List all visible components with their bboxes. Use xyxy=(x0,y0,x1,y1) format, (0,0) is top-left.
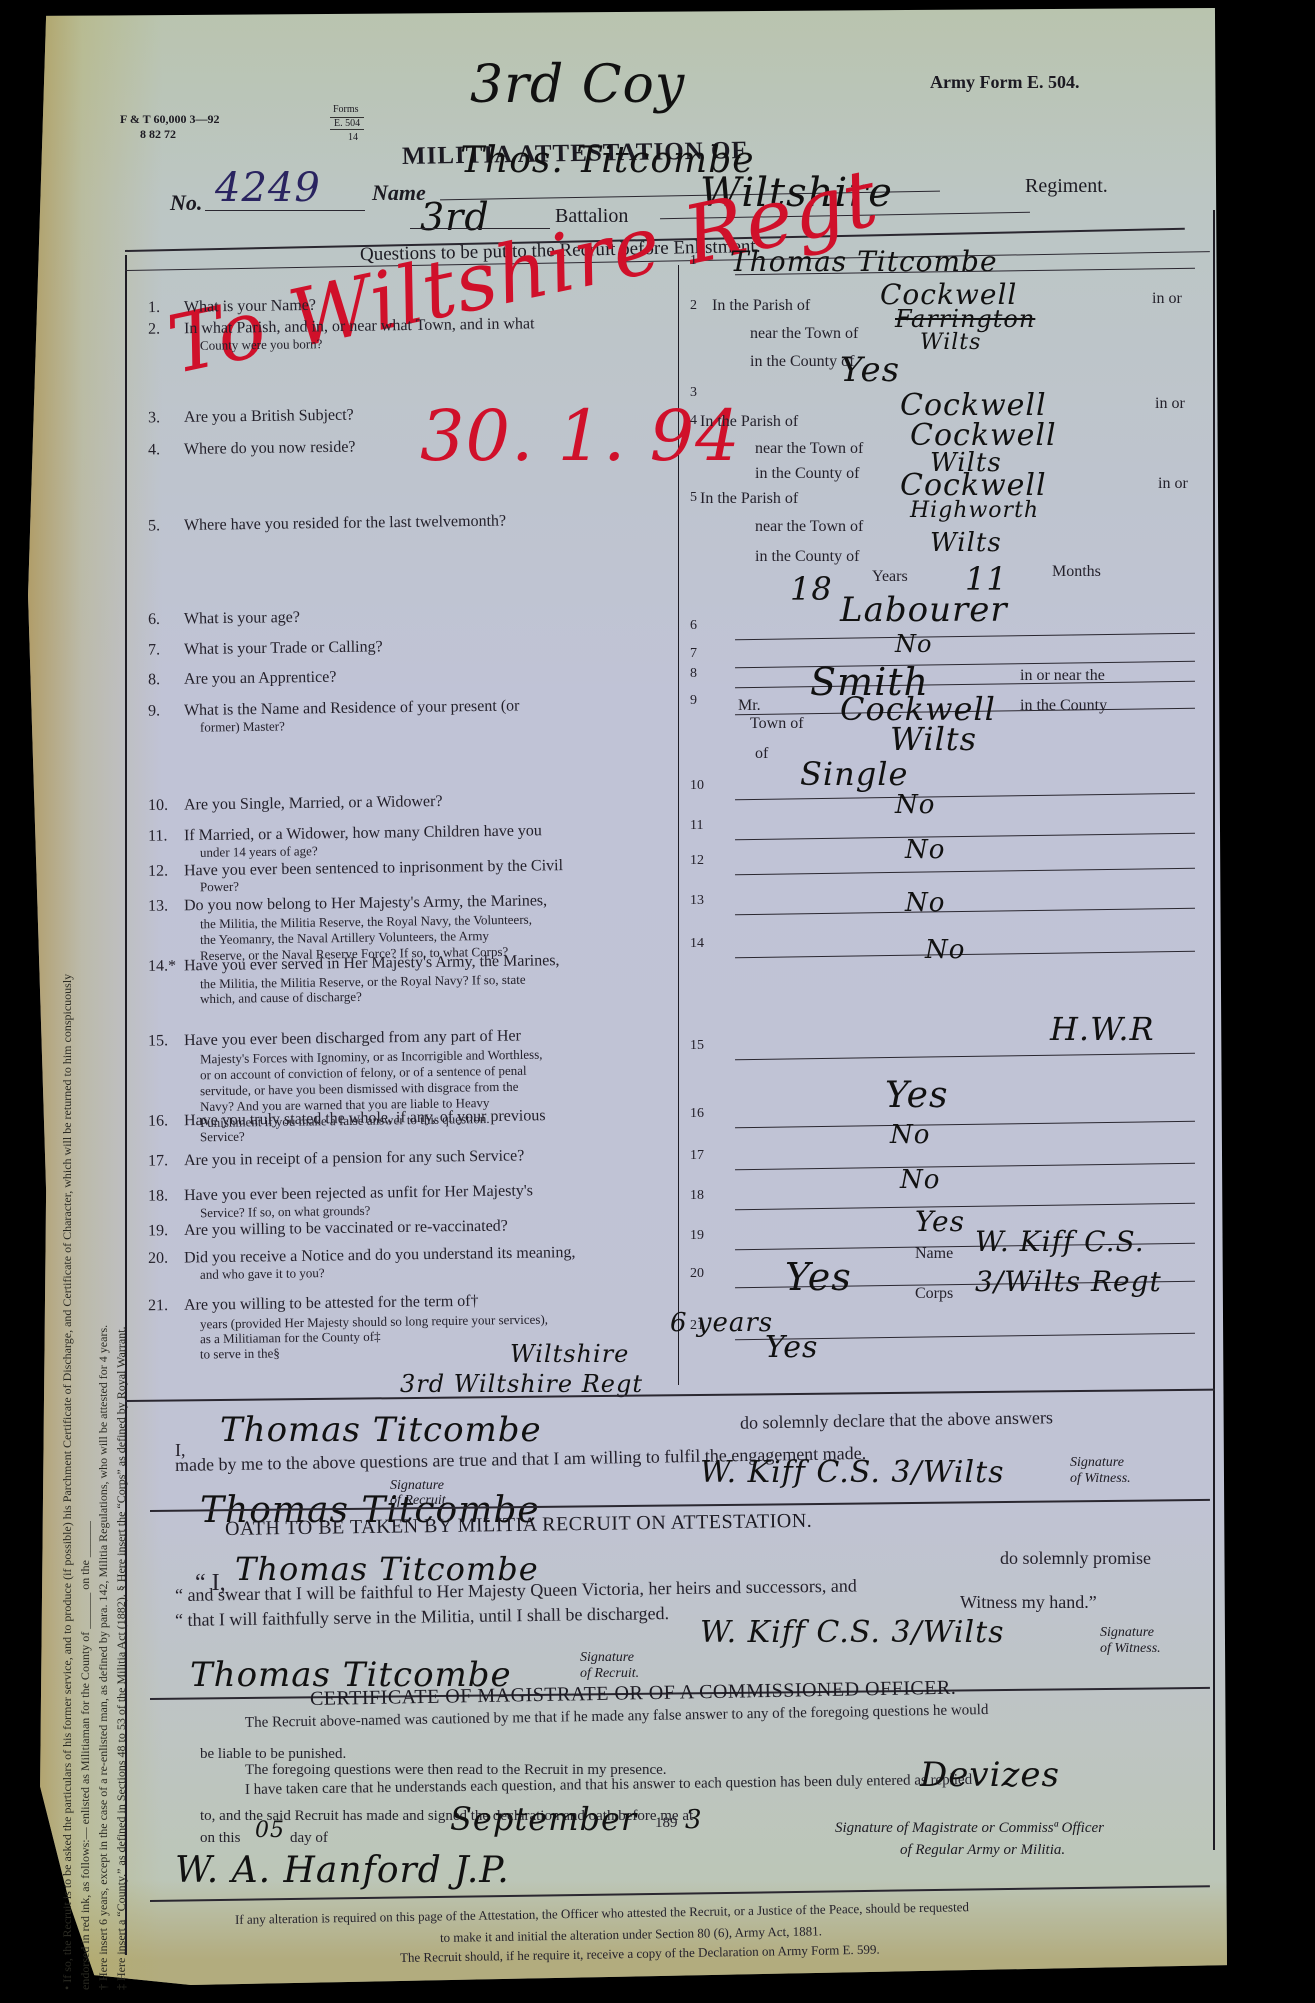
forms-code: E. 504 xyxy=(330,117,364,130)
years-label: Years xyxy=(872,568,908,586)
answer-12: No xyxy=(905,835,945,865)
answer-20-corps: 3/Wilts Regt xyxy=(975,1265,1162,1298)
answer-11: No xyxy=(895,790,935,820)
company-annotation: 3rd Coy xyxy=(470,55,685,115)
in-or-label: in or xyxy=(1155,395,1185,413)
answer-number-18: 18 xyxy=(690,1188,704,1204)
answer-number-11: 11 xyxy=(690,818,703,834)
a5-town-label: near the Town of xyxy=(755,518,863,536)
answer-2-county: Wilts xyxy=(920,330,981,355)
answer-14: No xyxy=(925,935,965,965)
oath-promise: do solemnly promise xyxy=(1000,1548,1151,1569)
answer-number-13: 13 xyxy=(690,893,704,909)
decl-witness-signature: W. Kiff C.S. 3/Wilts xyxy=(700,1455,1005,1490)
no-label: No. xyxy=(170,190,202,216)
of-label: of xyxy=(755,745,768,763)
oath-witness-signature: W. Kiff C.S. 3/Wilts xyxy=(700,1615,1005,1650)
answer-10: Single xyxy=(800,755,908,793)
answer-number-7: 7 xyxy=(690,646,697,662)
question-21-line4: to serve in the§ xyxy=(200,1344,280,1363)
answer-13: No xyxy=(905,888,945,918)
cert-place: Devizes xyxy=(920,1755,1060,1795)
in-the-county-label: in the County xyxy=(1020,697,1107,715)
oath-witness-hand: Witness my hand.” xyxy=(960,1592,1097,1613)
form-number: Army Form E. 504. xyxy=(930,72,1079,93)
question-3: 3.Are you a British Subject? xyxy=(148,407,354,428)
answer-7: Labourer xyxy=(840,590,1008,630)
a4-county-label: in the County of xyxy=(755,465,859,483)
answer-number-3: 3 xyxy=(690,385,697,401)
question-11-line2: under 14 years of age? xyxy=(200,842,318,862)
answer-number-12: 12 xyxy=(690,853,704,869)
regiment-label: Regiment. xyxy=(1025,175,1108,198)
cert-year-digit: 3 xyxy=(685,1805,703,1835)
answer-number-5: 5 xyxy=(690,490,697,506)
answer-3: Yes xyxy=(840,350,900,390)
margin-note-1: • If so, the Recruit is to be asked the … xyxy=(60,974,75,1990)
cert-month: September xyxy=(450,1800,637,1838)
cert-p1b: be liable to be punished. xyxy=(200,1746,346,1763)
answer-number-10: 10 xyxy=(690,778,704,794)
question-14-line3: which, and cause of discharge? xyxy=(200,988,362,1008)
answer-number-1: 1 xyxy=(690,253,697,269)
answer-18: No xyxy=(900,1165,940,1195)
question-20-line2: and who gave it to you? xyxy=(200,1264,325,1284)
a2-county-label: in the County of xyxy=(750,353,854,371)
answer-19: Yes xyxy=(915,1205,965,1238)
question-16-line2: Service? xyxy=(200,1128,245,1147)
forms-label: Forms xyxy=(333,104,359,115)
answer-5-county: Wilts xyxy=(930,528,1002,558)
in-or-label: in or xyxy=(1152,290,1182,308)
decl-sig-witness-label: Signatureof Witness. xyxy=(1070,1455,1131,1487)
answer-number-4: 4 xyxy=(690,413,697,429)
a2-town-label: near the Town of xyxy=(750,325,858,343)
question-12-line2: Power? xyxy=(200,878,239,897)
answer-20: Yes xyxy=(785,1255,852,1299)
print-code-2: 8 82 72 xyxy=(140,127,176,142)
term-value: 6 years xyxy=(670,1308,773,1338)
red-annotation-date: 30. 1. 94 xyxy=(420,395,741,477)
answer-number-6: 6 xyxy=(690,618,697,634)
answer-6-years: 18 xyxy=(790,570,833,608)
question-9-line2: former) Master? xyxy=(200,717,285,736)
mr-label: Mr. xyxy=(738,697,761,715)
margin-note-2: endorsed in red ink, as follows:— enlist… xyxy=(78,1521,93,1990)
answer-15-initials: H.W.R xyxy=(1050,1010,1155,1048)
decl-name: Thomas Titcombe xyxy=(220,1410,542,1450)
answer-1: Thomas Titcombe xyxy=(730,245,998,278)
answer-number-17: 17 xyxy=(690,1148,704,1164)
oath-sig-recruit-label: Signatureof Recruit. xyxy=(580,1650,639,1682)
answer-number-15: 15 xyxy=(690,1038,704,1054)
a20-name-label: Name xyxy=(915,1245,953,1263)
a5-parish-label: In the Parish of xyxy=(700,490,798,508)
a5-county-label: in the County of xyxy=(755,548,859,566)
answer-number-19: 19 xyxy=(690,1228,704,1244)
answer-5-town: Highworth xyxy=(910,498,1039,523)
margin-note-3: † Here insert 6 years, except in the cas… xyxy=(96,1325,111,1990)
answer-number-20: 20 xyxy=(690,1266,704,1282)
question-7: 7.What is your Trade or Calling? xyxy=(148,638,383,659)
a20-corps-label: Corps xyxy=(915,1285,953,1303)
question-8: 8.Are you an Apprentice? xyxy=(148,669,337,690)
forms-sub: 14 xyxy=(348,132,358,143)
answer-16: Yes xyxy=(885,1075,948,1116)
a4-parish-label: In the Parish of xyxy=(700,413,798,431)
in-or-label: in or xyxy=(1158,475,1188,493)
print-code-1: F & T 60,000 3—92 xyxy=(120,112,219,127)
cert-day: 05 xyxy=(255,1818,285,1843)
question-1: 1.What is your Name? xyxy=(148,297,316,317)
cert-officer-label-1: Signature of Magistrate or Commissª Offi… xyxy=(835,1820,1104,1837)
name-label: Name xyxy=(372,180,426,206)
town-of-label: Town of xyxy=(750,715,804,733)
cert-officer-label-2: of Regular Army or Militia. xyxy=(900,1842,1065,1859)
cert-year-prefix: 189 xyxy=(655,1815,678,1832)
county-value: Wiltshire xyxy=(510,1340,629,1368)
service-number: 4249 xyxy=(215,165,321,211)
answer-number-2: 2 xyxy=(690,298,697,314)
answer-number-16: 16 xyxy=(690,1106,704,1122)
question-2-line2: County were you born? xyxy=(200,335,323,355)
answer-9-county: Wilts xyxy=(890,720,977,758)
answer-number-9: 9 xyxy=(690,693,697,709)
question-6: 6.What is your age? xyxy=(148,609,300,629)
magistrate-signature: W. A. Hanford J.P. xyxy=(175,1850,510,1891)
a2-parish-label: In the Parish of xyxy=(712,297,810,315)
answer-number-14: 14 xyxy=(690,936,704,952)
answer-20-name: W. Kiff C.S. xyxy=(975,1225,1145,1258)
oath-sig-witness-label: Signatureof Witness. xyxy=(1100,1625,1161,1657)
months-label: Months xyxy=(1052,563,1101,581)
answer-number-8: 8 xyxy=(690,666,697,682)
answer-2-town: Farrington xyxy=(895,305,1035,333)
cert-day-of: day of xyxy=(290,1830,328,1847)
serve-in-value: 3rd Wiltshire Regt xyxy=(400,1370,643,1398)
question-4: 4.Where do you now reside? xyxy=(148,439,356,460)
in-or-near-label: in or near the xyxy=(1020,667,1105,685)
answer-17: No xyxy=(890,1120,930,1150)
a4-town-label: near the Town of xyxy=(755,440,863,458)
cert-on-this: on this xyxy=(200,1830,240,1847)
answer-8: No xyxy=(895,630,932,658)
